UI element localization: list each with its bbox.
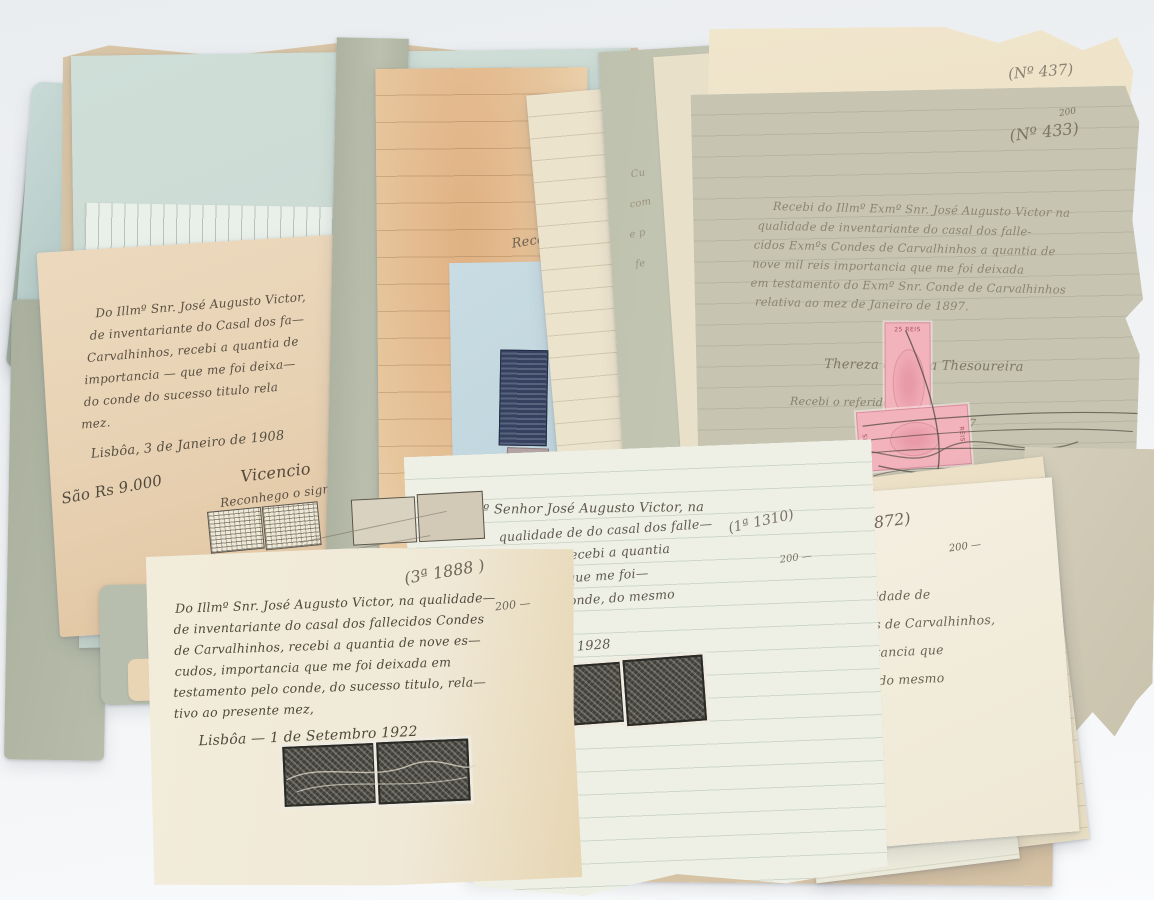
revenue-stamp-grey: [417, 491, 485, 542]
handwriting-line: qualidade de do casal dos falle—: [498, 518, 712, 544]
fee-mark-1310: 200 —: [779, 551, 812, 566]
handwriting-line: qualidade de inventariante do casal dos …: [757, 220, 1031, 238]
fee-mark-433: 200: [1058, 106, 1077, 119]
revenue-stamp-black: [622, 654, 707, 726]
revenue-stamp-white: [207, 507, 265, 554]
handwriting-line: em testamento do Exmº Snr. Conde de Carv…: [750, 278, 1066, 297]
document-receipt-1888: (3ª 1888 ) 200 — Do Illmº Snr. José Augu…: [146, 542, 583, 891]
stamp-cancellation-scribble: [281, 745, 482, 800]
stamp-strip-fragment: [351, 488, 494, 550]
faint-writing: Cu: [630, 168, 646, 180]
catalog-number-433: (Nº 433): [1009, 119, 1080, 145]
faint-writing: e p: [629, 228, 647, 241]
fee-mark-1888: 200 —: [494, 597, 531, 614]
handwriting-line: nove mil reis importancia que me foi dei…: [752, 259, 1024, 277]
signature-1908: Vicencio: [240, 461, 312, 485]
handwriting-line: cidos Exmºs Condes de Carvalhinhos a qua…: [754, 239, 1056, 257]
catalog-number-1888: (3ª 1888 ): [403, 556, 486, 588]
handwriting-line: mez.: [81, 416, 111, 430]
catalog-number-437: (Nº 437): [1007, 60, 1073, 83]
fee-mark-1872: 200 —: [948, 539, 981, 554]
handwriting-line: tivo ao presente mez,: [174, 703, 315, 720]
photograph-of-documents: Do Illmº Snr. José Augusto Victor, de in…: [0, 0, 1154, 900]
handwriting-line: do conde do sucesso titulo rela: [83, 381, 278, 408]
handwriting-line: testamento pelo conde, do sucesso titulo…: [173, 676, 486, 699]
dateline-1908: Lisbôa, 3 de Janeiro de 1908: [90, 429, 285, 461]
handwriting-line: Recebi do Illmº Exmº Snr. José Augusto V…: [773, 201, 1070, 219]
catalog-number-1310: (1ª 1310): [727, 507, 795, 537]
faint-writing: com: [629, 197, 652, 210]
revenue-stamp-white: [262, 501, 322, 550]
faint-writing: fe: [635, 259, 647, 271]
revenue-stamp-blue: [499, 349, 549, 446]
amount-note: São Rs 9.000: [60, 473, 163, 506]
handwriting-line: cudos, importancia que me foi deixada em: [175, 656, 452, 678]
